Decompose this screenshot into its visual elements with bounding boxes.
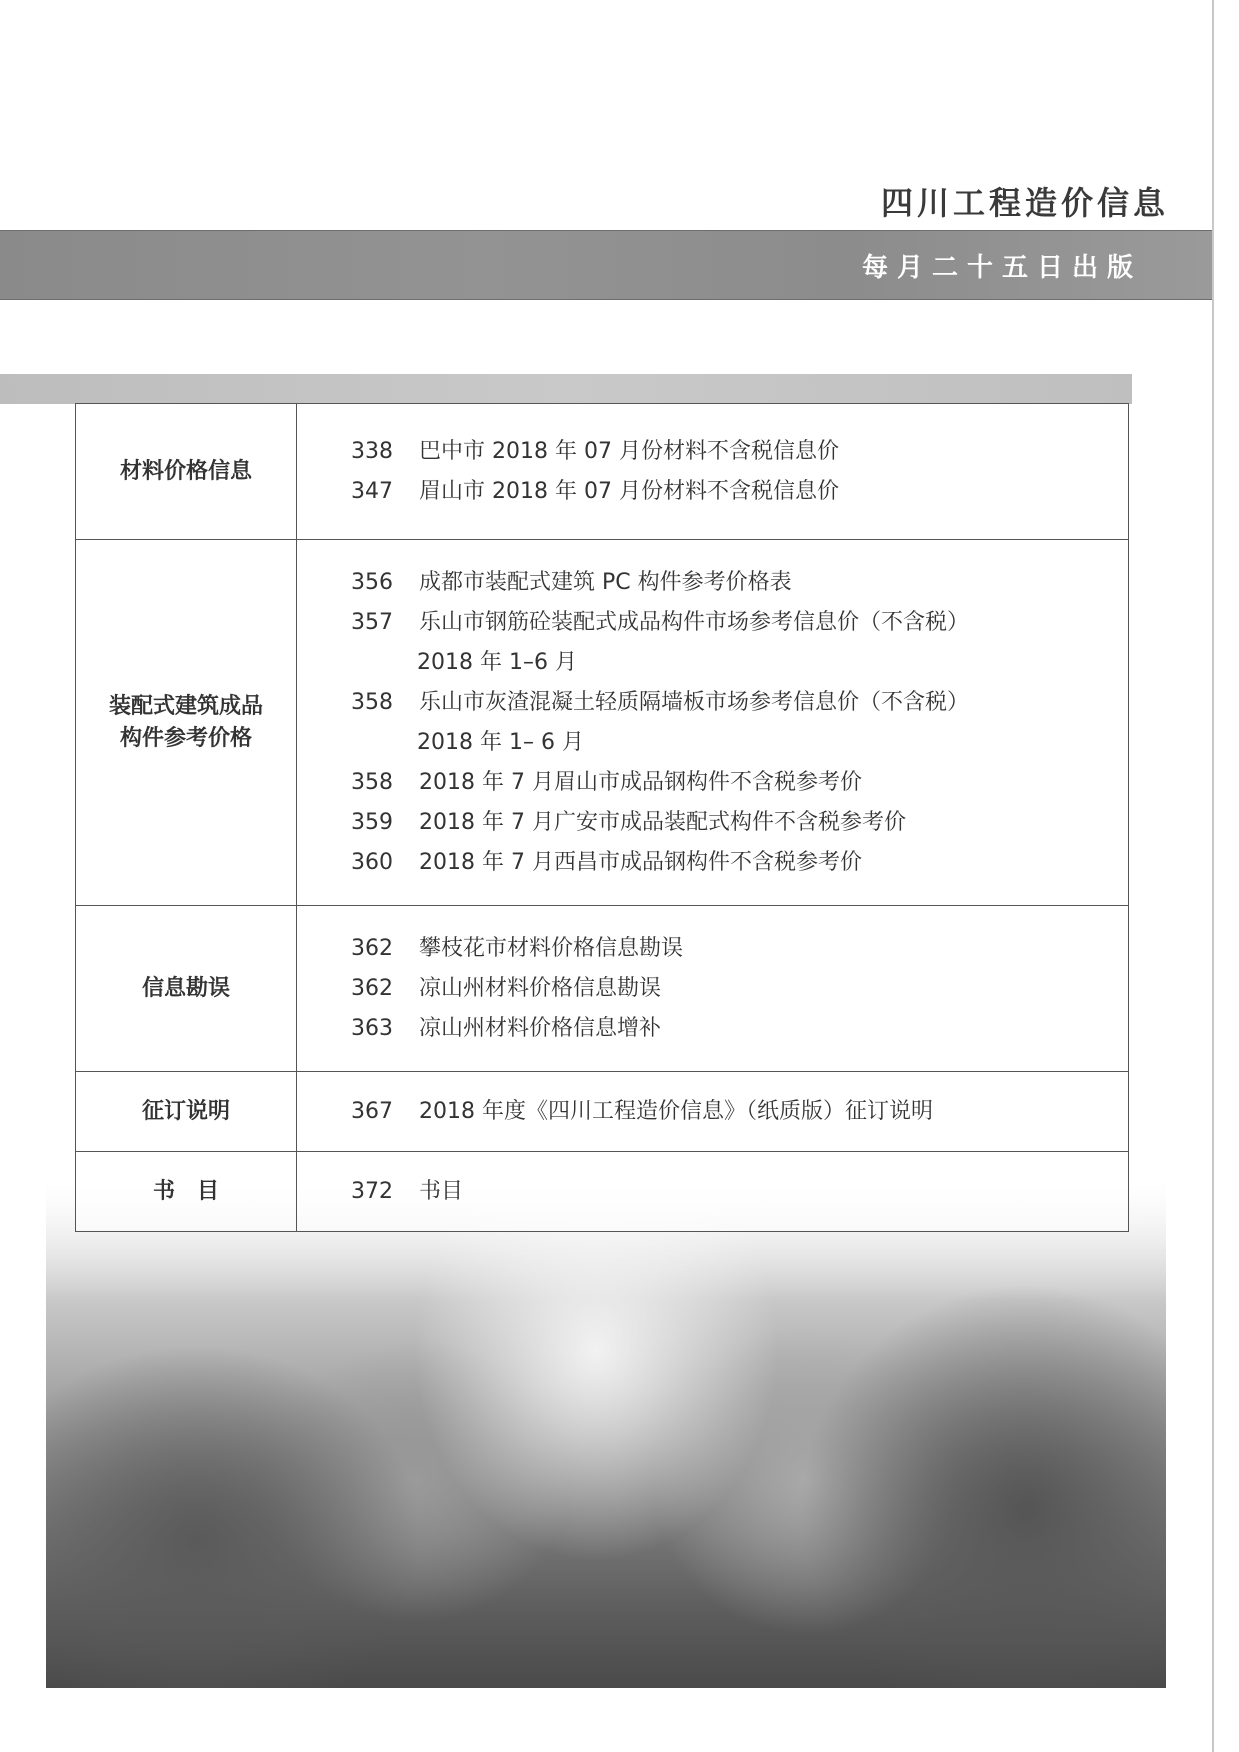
toc-entry[interactable]: 362 攀枝花市材料价格信息勘误 [297, 929, 1128, 969]
toc-entry-title: 书目 [419, 1172, 1128, 1212]
table-top-band [0, 374, 1132, 404]
toc-entries: 356 成都市装配式建筑 PC 构件参考价格表 357 乐山市钢筋砼装配式成品构… [297, 540, 1129, 906]
toc-entry-continuation-text: 2018 年 1– 6 月 [297, 723, 584, 763]
toc-entry-title: 成都市装配式建筑 PC 构件参考价格表 [419, 563, 1128, 603]
toc-category: 装配式建筑成品 构件参考价格 [76, 540, 297, 906]
toc-entry-continuation: 2018 年 1–6 月 [297, 643, 1128, 683]
publication-schedule: 每月二十五日出版 [862, 247, 1142, 284]
toc-entry-title: 2018 年 7 月眉山市成品钢构件不含税参考价 [419, 763, 1128, 803]
toc-entries: 362 攀枝花市材料价格信息勘误 362 凉山州材料价格信息勘误 363 凉山州… [297, 906, 1129, 1072]
toc-page-number: 338 [297, 432, 419, 472]
journal-title: 四川工程造价信息 [881, 178, 1169, 224]
toc-section-materials: 材料价格信息 338 巴中市 2018 年 07 月份材料不含税信息价 347 … [76, 404, 1129, 540]
toc-entry-title: 巴中市 2018 年 07 月份材料不含税信息价 [419, 432, 1128, 472]
toc-entry[interactable]: 358 2018 年 7 月眉山市成品钢构件不含税参考价 [297, 763, 1128, 803]
toc-category-line: 构件参考价格 [76, 723, 296, 755]
toc-entry[interactable]: 362 凉山州材料价格信息勘误 [297, 969, 1128, 1009]
header-band: 每月二十五日出版 [0, 230, 1212, 300]
toc-page-number: 347 [297, 472, 419, 512]
toc-entry[interactable]: 367 2018 年度《四川工程造价信息》（纸质版）征订说明 [297, 1092, 1128, 1132]
toc-page-number: 363 [297, 1009, 419, 1049]
toc-page-number: 356 [297, 563, 419, 603]
toc-entry[interactable]: 372 书目 [297, 1172, 1128, 1212]
toc-entry-continuation: 2018 年 1– 6 月 [297, 723, 1128, 763]
toc-category: 信息勘误 [76, 906, 297, 1072]
toc-page-number: 359 [297, 803, 419, 843]
toc-category-line: 装配式建筑成品 [76, 691, 296, 723]
toc-page-number: 358 [297, 763, 419, 803]
toc-entry[interactable]: 338 巴中市 2018 年 07 月份材料不含税信息价 [297, 432, 1128, 472]
toc-page-number: 372 [297, 1172, 419, 1212]
toc-entry[interactable]: 357 乐山市钢筋砼装配式成品构件市场参考信息价（不含税） [297, 603, 1128, 643]
toc-category: 征订说明 [76, 1072, 297, 1152]
contents-table: 材料价格信息 338 巴中市 2018 年 07 月份材料不含税信息价 347 … [75, 403, 1129, 1232]
toc-page-number: 362 [297, 969, 419, 1009]
toc-entry[interactable]: 363 凉山州材料价格信息增补 [297, 1009, 1128, 1049]
toc-entry[interactable]: 356 成都市装配式建筑 PC 构件参考价格表 [297, 563, 1128, 603]
toc-page-number: 367 [297, 1092, 419, 1132]
toc-entry-title: 2018 年 7 月西昌市成品钢构件不含税参考价 [419, 843, 1128, 883]
toc-page-number: 357 [297, 603, 419, 643]
toc-page-number: 358 [297, 683, 419, 723]
toc-entries: 367 2018 年度《四川工程造价信息》（纸质版）征订说明 [297, 1072, 1129, 1152]
toc-category: 书 目 [76, 1152, 297, 1232]
toc-entry-title: 乐山市灰渣混凝土轻质隔墙板市场参考信息价（不含税） [419, 683, 1128, 723]
toc-entry-continuation-text: 2018 年 1–6 月 [297, 643, 577, 683]
toc-section-prefab: 装配式建筑成品 构件参考价格 356 成都市装配式建筑 PC 构件参考价格表 3… [76, 540, 1129, 906]
toc-entries: 372 书目 [297, 1152, 1129, 1232]
toc-section-subscription: 征订说明 367 2018 年度《四川工程造价信息》（纸质版）征订说明 [76, 1072, 1129, 1152]
toc-entry-title: 2018 年度《四川工程造价信息》（纸质版）征订说明 [419, 1092, 1128, 1132]
toc-category: 材料价格信息 [76, 404, 297, 540]
toc-entry[interactable]: 358 乐山市灰渣混凝土轻质隔墙板市场参考信息价（不含税） [297, 683, 1128, 723]
toc-entries: 338 巴中市 2018 年 07 月份材料不含税信息价 347 眉山市 201… [297, 404, 1129, 540]
toc-entry-title: 2018 年 7 月广安市成品装配式构件不含税参考价 [419, 803, 1128, 843]
page-edge-line [1212, 0, 1214, 1752]
toc-entry[interactable]: 359 2018 年 7 月广安市成品装配式构件不含税参考价 [297, 803, 1128, 843]
toc-page-number: 360 [297, 843, 419, 883]
toc-entry-title: 眉山市 2018 年 07 月份材料不含税信息价 [419, 472, 1128, 512]
toc-entry-title: 凉山州材料价格信息增补 [419, 1009, 1128, 1049]
toc-entry[interactable]: 347 眉山市 2018 年 07 月份材料不含税信息价 [297, 472, 1128, 512]
toc-section-catalog: 书 目 372 书目 [76, 1152, 1129, 1232]
toc-page-number: 362 [297, 929, 419, 969]
toc-entry-title: 乐山市钢筋砼装配式成品构件市场参考信息价（不含税） [419, 603, 1128, 643]
toc-entry-title: 攀枝花市材料价格信息勘误 [419, 929, 1128, 969]
toc-section-errata: 信息勘误 362 攀枝花市材料价格信息勘误 362 凉山州材料价格信息勘误 36… [76, 906, 1129, 1072]
toc-entry[interactable]: 360 2018 年 7 月西昌市成品钢构件不含税参考价 [297, 843, 1128, 883]
toc-entry-title: 凉山州材料价格信息勘误 [419, 969, 1128, 1009]
